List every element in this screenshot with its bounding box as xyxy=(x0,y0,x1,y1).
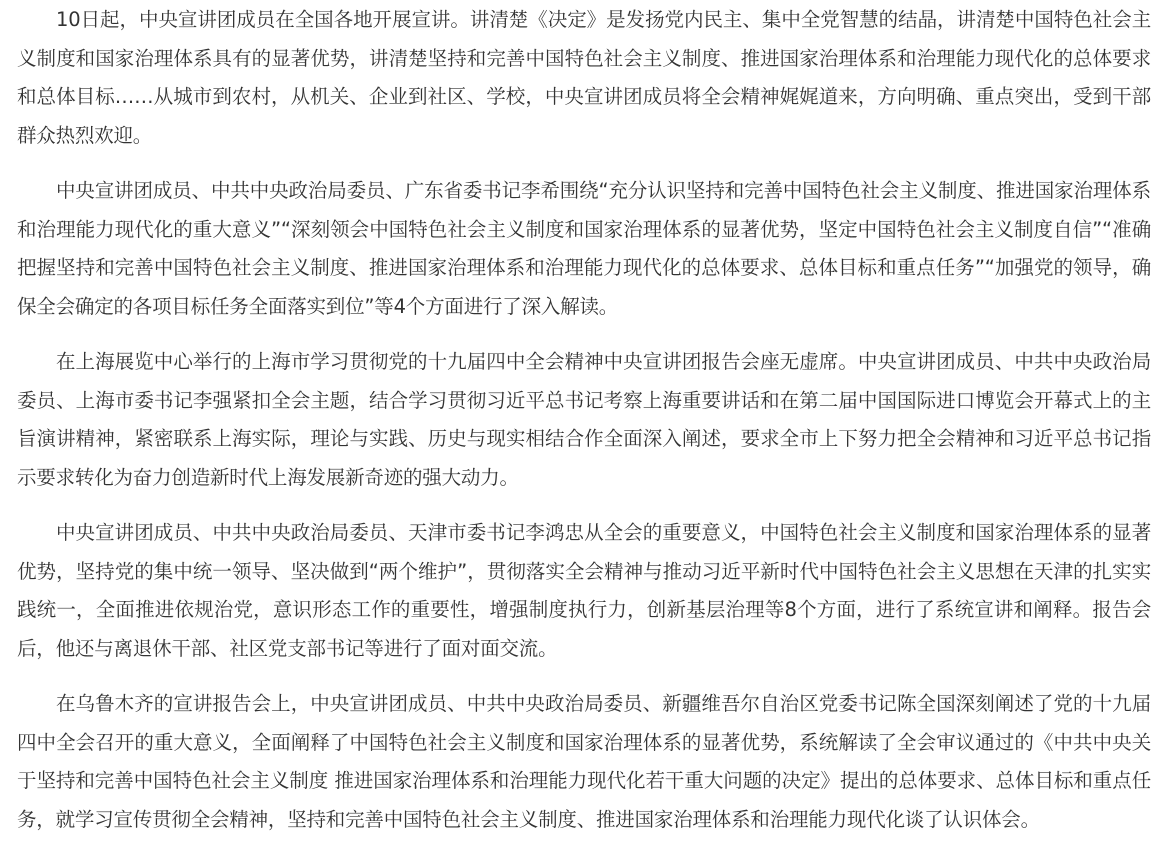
paragraph-guangdong: 中央宣讲团成员、中共中央政治局委员、广东省委书记李希围绕“充分认识坚持和完善中国… xyxy=(17,172,1151,326)
paragraph-tianjin: 中央宣讲团成员、中共中央政治局委员、天津市委书记李鸿忠从全会的重要意义，中国特色… xyxy=(17,514,1151,668)
paragraph-nationwide-lectures: 10日起，中央宣讲团成员在全国各地开展宣讲。讲清楚《决定》是发扬党内民主、集中全… xyxy=(17,1,1151,155)
article-body: 10日起，中央宣讲团成员在全国各地开展宣讲。讲清楚《决定》是发扬党内民主、集中全… xyxy=(0,1,1165,839)
paragraph-urumqi: 在乌鲁木齐的宣讲报告会上，中央宣讲团成员、中共中央政治局委员、新疆维吾尔自治区党… xyxy=(17,685,1151,839)
paragraph-shanghai: 在上海展览中心举行的上海市学习贯彻党的十九届四中全会精神中央宣讲团报告会座无虚席… xyxy=(17,343,1151,497)
